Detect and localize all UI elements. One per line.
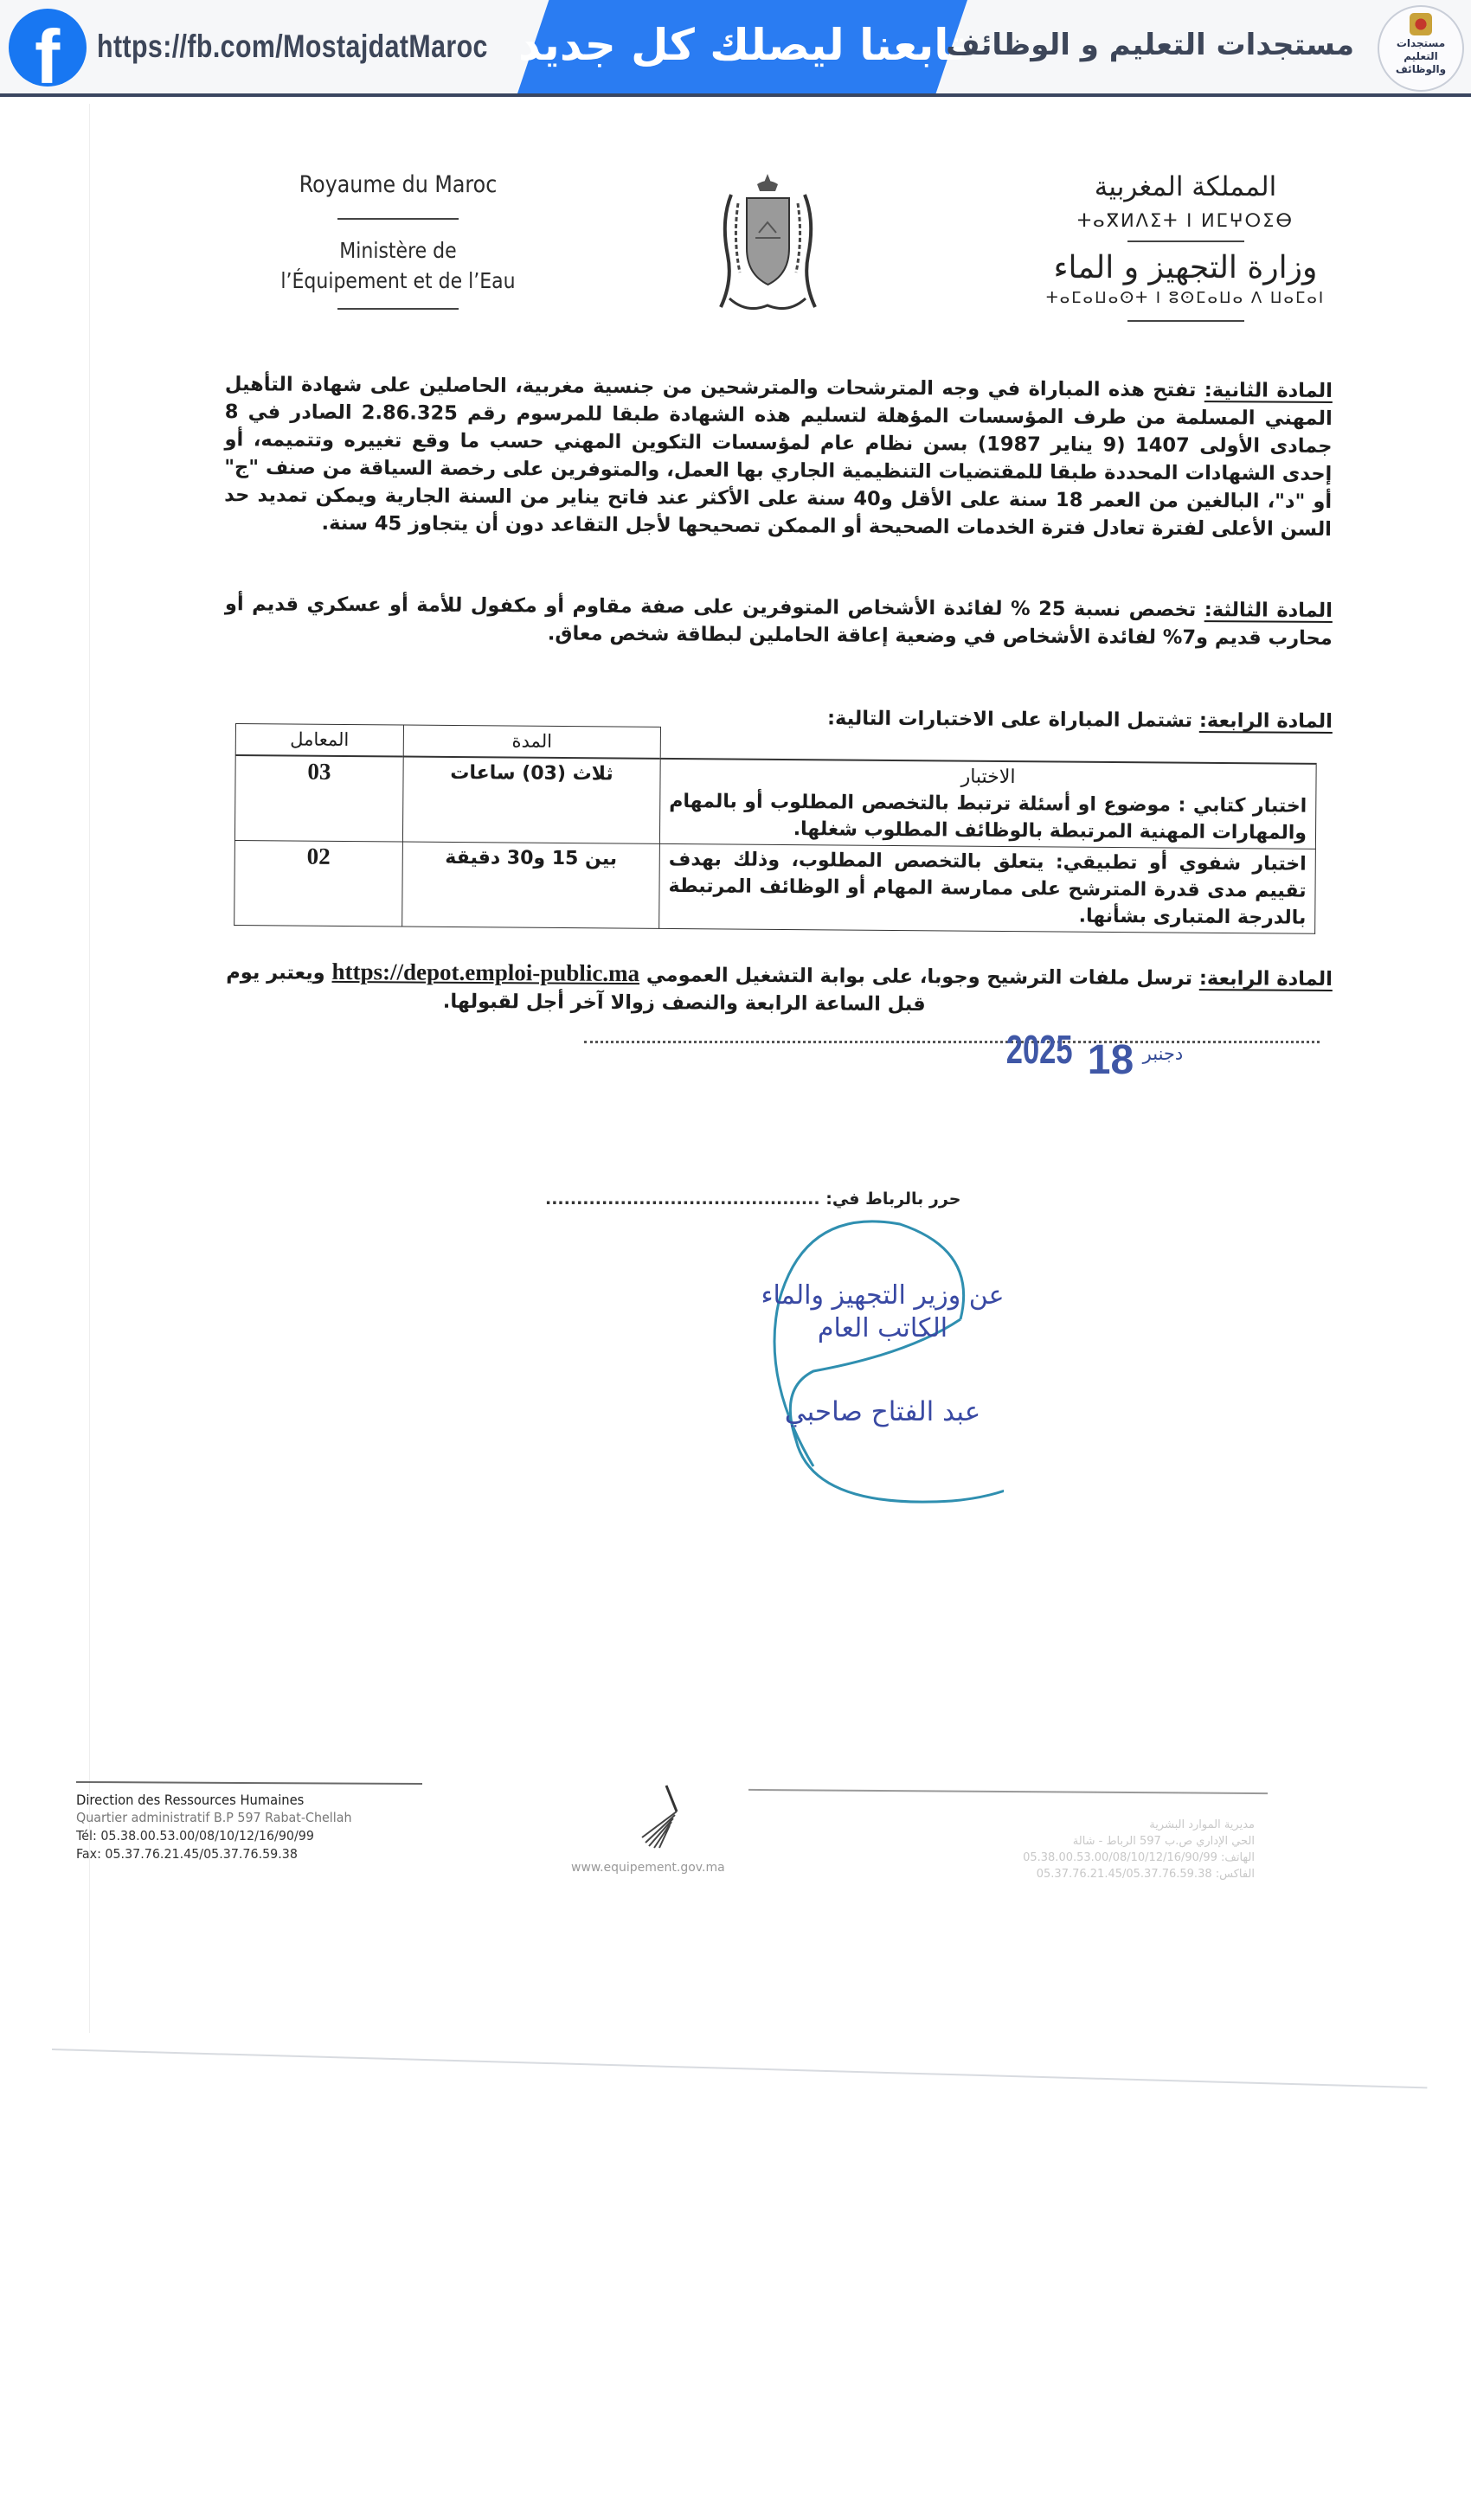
kingdom-ar: المملكة المغربية [1038, 170, 1333, 204]
oral-test-description: اختبار شفوي أو تطبيقي: يتعلق بالتخصص الم… [659, 843, 1316, 933]
footer-french: Direction des Ressources Humaines Quarti… [76, 1791, 351, 1863]
letterhead-arabic: المملكة المغربية ⵜⴰⴳⵍⴷⵉⵜ ⵏ ⵍⵎⵖⵔⵉⴱ وزارة … [1038, 170, 1333, 322]
header-coefficient: المعامل [235, 724, 403, 757]
article-2-text: تفتح هذه المباراة في وجه المترشحات والمت… [224, 373, 1333, 541]
divider [1127, 320, 1244, 322]
exam-table: المدة المعامل الاختبار اختبار كتابي : مو… [234, 723, 1317, 934]
footer-tel: Tél: 05.38.00.53.00/08/10/12/16/90/99 [76, 1827, 351, 1845]
stamp-day: 18 [1088, 1037, 1134, 1083]
written-test-description: اختبار كتابي : موضوع او أسئلة ترتبط بالت… [669, 788, 1307, 847]
place-label: حرر بالرباط في: [825, 1189, 960, 1209]
follow-us-text: تابعنا ليصلك كل جديد [517, 19, 967, 71]
on-behalf-of: عن وزير التجهيز والماء [710, 1280, 1056, 1311]
signer-name: عبد الفتاح صاحبي [710, 1396, 1056, 1427]
coat-of-arms-icon [714, 169, 822, 316]
scan-margin-line [89, 104, 90, 2033]
table-row: اختبار شفوي أو تطبيقي: يتعلق بالتخصص الم… [234, 840, 1316, 933]
emploi-public-link[interactable]: https://depot.emploi-public.ma [331, 959, 639, 986]
table-row: الاختبار اختبار كتابي : موضوع او أسئلة ت… [234, 755, 1316, 849]
article-submission: المادة الرابعة: ترسل ملفات الترشيح وجوبا… [225, 957, 1333, 1021]
footer-department: Direction des Ressources Humaines [76, 1791, 351, 1809]
oral-test-duration: بين 15 و30 دقيقة [401, 842, 659, 928]
footer-ar-line: الفاكس: 05.37.76.21.45/05.37.76.59.38 [960, 1866, 1255, 1882]
facebook-link[interactable]: https://fb.com/MostajdatMaroc [97, 26, 488, 67]
site-logo-text: مستجدات التعليم والوظائف [1379, 37, 1462, 76]
signature-block: عن وزير التجهيز والماء الكاتب العام عبد … [710, 1280, 1056, 1427]
facebook-f-glyph: f [35, 19, 87, 87]
written-test-coefficient: 03 [234, 755, 403, 842]
article-3: المادة الثالثة: تخصص نسبة 25 % لفائدة ال… [225, 590, 1333, 652]
footer-divider [748, 1789, 1268, 1794]
written-test-duration: ثلاث (03) ساعات [402, 757, 660, 844]
article-submission-line2: قبل الساعة الرابعة والنصف زوالا آخر أجل … [443, 991, 926, 1016]
ministry-logo-icon [623, 1782, 705, 1851]
article-submission-text-end: ويعتبر يوم [226, 961, 331, 984]
stamp-month: دجنبر [1143, 1043, 1184, 1064]
article-3-label: المادة الثالثة: [1204, 599, 1333, 622]
site-name: مستجدات التعليم و الوظائف [946, 24, 1354, 66]
article-2: المادة الثانية: تفتح هذه المباراة في وجه… [224, 370, 1333, 543]
article-submission-text: ترسل ملفات الترشيح وجوبا، على بوابة التش… [639, 964, 1199, 990]
divider [337, 218, 459, 220]
footer-divider [76, 1781, 422, 1785]
footer-ar-line: مديرية الموارد البشرية [960, 1817, 1255, 1833]
article-2-label: المادة الثانية: [1204, 379, 1333, 402]
scan-page-edge [52, 2049, 1427, 2088]
article-4-label: المادة الرابعة: [1199, 709, 1333, 733]
site-logo[interactable]: مستجدات التعليم والوظائف [1378, 5, 1464, 92]
footer-arabic-faint: مديرية الموارد البشرية الحي الإداري ص.ب … [960, 1817, 1255, 1882]
header-test-spacer [660, 727, 1316, 763]
kingdom-tifinagh: ⵜⴰⴳⵍⴷⵉⵜ ⵏ ⵍⵎⵖⵔⵉⴱ [1038, 208, 1333, 234]
footer-address: Quartier administratif B.P 597 Rabat-Che… [76, 1809, 351, 1827]
letterhead-french: Royaume du Maroc Ministère de l’Équipeme… [251, 170, 545, 325]
stamp-year: 2025 [1006, 1028, 1073, 1071]
facebook-icon[interactable]: f [9, 9, 87, 87]
table-cell-test: الاختبار اختبار كتابي : موضوع او أسئلة ت… [659, 759, 1316, 849]
kingdom-fr: Royaume du Maroc [268, 170, 527, 201]
ministry-fr-line2: l’Équipement et de l’Eau [268, 266, 527, 296]
footer-ar-line: الهاتف: 05.38.00.53.00/08/10/12/16/90/99 [960, 1850, 1255, 1866]
divider [337, 308, 459, 310]
signer-title: الكاتب العام [710, 1313, 1056, 1344]
deadline-stamp: 2025 دجنبر 18 [995, 1028, 1192, 1084]
header-duration: المدة [403, 725, 660, 759]
ministry-fr-line1: Ministère de [268, 235, 527, 266]
divider [1127, 240, 1244, 242]
moroccan-crest-icon [1410, 13, 1432, 35]
ministry-ar: وزارة التجهيز و الماء [1038, 249, 1333, 287]
footer-ar-line: الحي الإداري ص.ب 597 الرباط - شالة [960, 1833, 1255, 1850]
footer-fax: Fax: 05.37.76.21.45/05.37.76.59.38 [76, 1845, 351, 1863]
oral-test-coefficient: 02 [234, 840, 403, 927]
ministry-tifinagh: ⵜⴰⵎⴰⵡⴰⵙⵜ ⵏ ⵓⵙⵎⴰⵡⴰ ⴷ ⵡⴰⵎⴰⵏ [1038, 287, 1333, 310]
place-dots: ........................................… [545, 1189, 820, 1209]
article-3-text: تخصص نسبة 25 % لفائدة الأشخاص المتوفرين … [225, 593, 1333, 650]
dotted-date-line [584, 1041, 1320, 1043]
article-submission-label: المادة الرابعة: [1199, 967, 1333, 991]
footer-website[interactable]: www.equipement.gov.ma [571, 1860, 725, 1876]
site-banner: f https://fb.com/MostajdatMaroc تابعنا ل… [0, 0, 1471, 97]
